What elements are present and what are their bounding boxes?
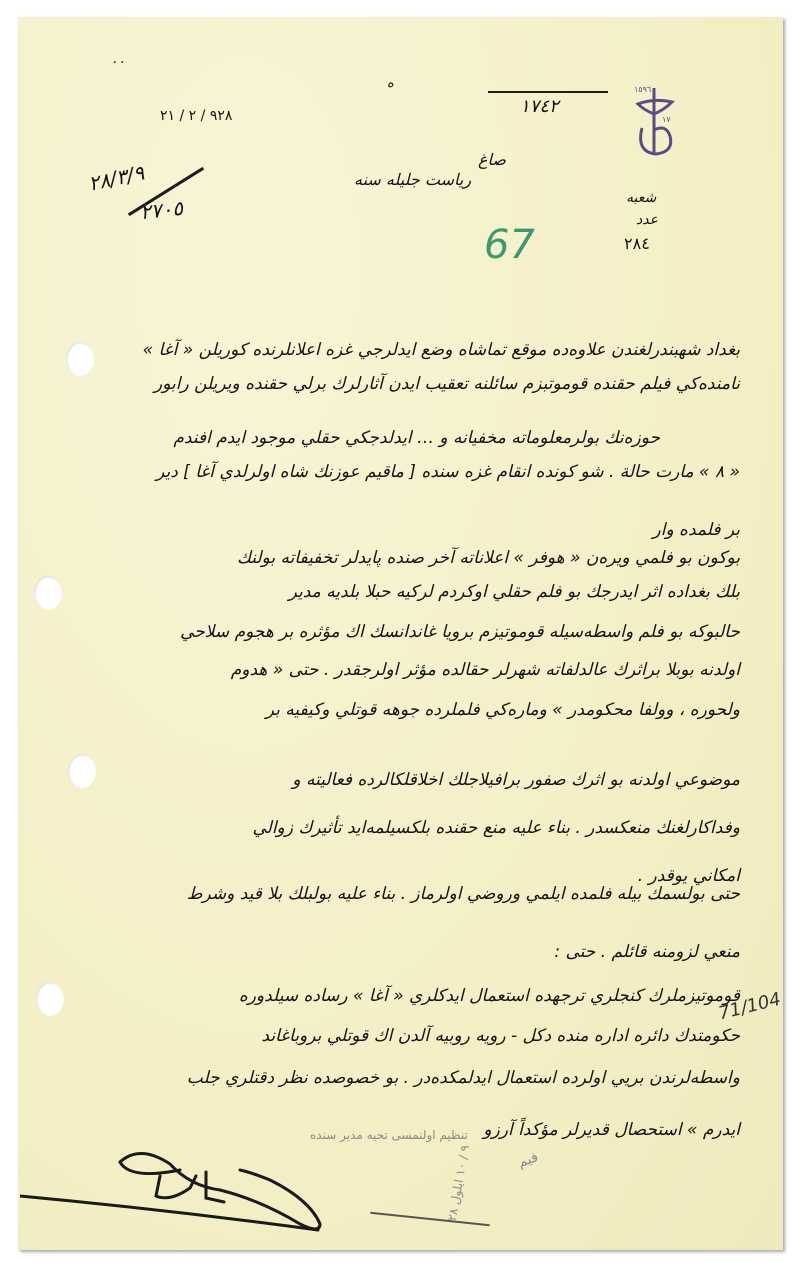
body-line: بر فلمده وار xyxy=(653,520,740,540)
signature-icon xyxy=(20,1140,340,1240)
body-line: « ٨ » مارت حالة . شو كونده انقام غزه سند… xyxy=(156,462,740,482)
seal-stamp-icon: ١٥٩٦ ١٧ xyxy=(628,80,680,164)
punch-hole xyxy=(34,576,62,610)
punch-hole xyxy=(68,754,96,788)
body-line: بغداد شهبندرلغندن علاوه‌ده موقع تماشاه و… xyxy=(143,340,740,360)
document-date: ٩٢٨ / ٢ / ٢١ xyxy=(160,108,232,124)
punch-hole xyxy=(36,982,64,1016)
body-line: اولدنه بوبلا براثرك عالدلفاته شهرلر حقال… xyxy=(231,660,740,680)
ref-mark: ه xyxy=(387,76,394,91)
body-line: ولحوره ، وولفا محكومدر » وماره‌كي فلملرد… xyxy=(266,700,740,720)
section-label: شعبه xyxy=(626,190,656,206)
body-line: ايدرم » استحصال قديرلر مؤكداً آرزو xyxy=(483,1120,740,1140)
body-line: حالبوكه بو فلم واسطه‌سيله قوموتيزم برويا… xyxy=(180,622,740,642)
body-line: حكومتدك دائره اداره منده دكل - رويه روبي… xyxy=(261,1026,740,1046)
body-line: امكاني يوقدر . xyxy=(638,866,740,886)
number-label: عدد xyxy=(636,212,658,228)
body-line: حتى بولسمك بيله فلمده ايلمي وروضي اولرما… xyxy=(187,884,740,904)
body-line: بلك بغداده اثر ايدرجك بو فلم حقلي اوكردم… xyxy=(289,582,740,602)
svg-text:١٥٩٦: ١٥٩٦ xyxy=(634,85,651,94)
top-left-dots: ٠٠ xyxy=(110,54,125,70)
body-line: بوكون بو فلمي ويره‌ن « هوفر » اعلاناته آ… xyxy=(237,548,740,568)
svg-text:١٧: ١٧ xyxy=(662,115,671,124)
body-line: نامنده‌كي فيلم حقنده قوموتبزم سائلنه تعق… xyxy=(154,374,740,394)
addressee-mark: صاغ xyxy=(478,150,506,169)
left-margin-note-2: ٢٧٠٥ xyxy=(139,196,184,224)
body-line: حوزه‌نك بولرمعلوماته مخفيانه و … ايدلدجك… xyxy=(173,428,660,448)
body-line: واسطه‌لرندن بريي اولرده استعمال ايدلمكده… xyxy=(187,1068,740,1088)
punch-hole xyxy=(66,342,94,376)
body-line: وفداكارلغنك منعكسدر . بناء عليه منع حقند… xyxy=(252,818,740,838)
ref-divider xyxy=(488,91,608,93)
addressee: رياست جليله سنه xyxy=(354,170,471,189)
pencil-note: تنظيم اولنمسى تحيه مدير سنده xyxy=(310,1128,468,1142)
body-line: منعي لزومنه قائلم . حتى : xyxy=(554,942,740,962)
ref-number: ١٧٤٢ xyxy=(520,96,559,117)
archive-number: 67 xyxy=(484,222,535,268)
body-line: موضوعي اولدنه بو اثرك صفور برافيلاجلك اخ… xyxy=(292,770,740,790)
number-value: ٢٨٤ xyxy=(624,234,650,253)
body-line: قوموتيزملرك كنجلري ترجهده استعمال ايدكلر… xyxy=(239,986,740,1006)
